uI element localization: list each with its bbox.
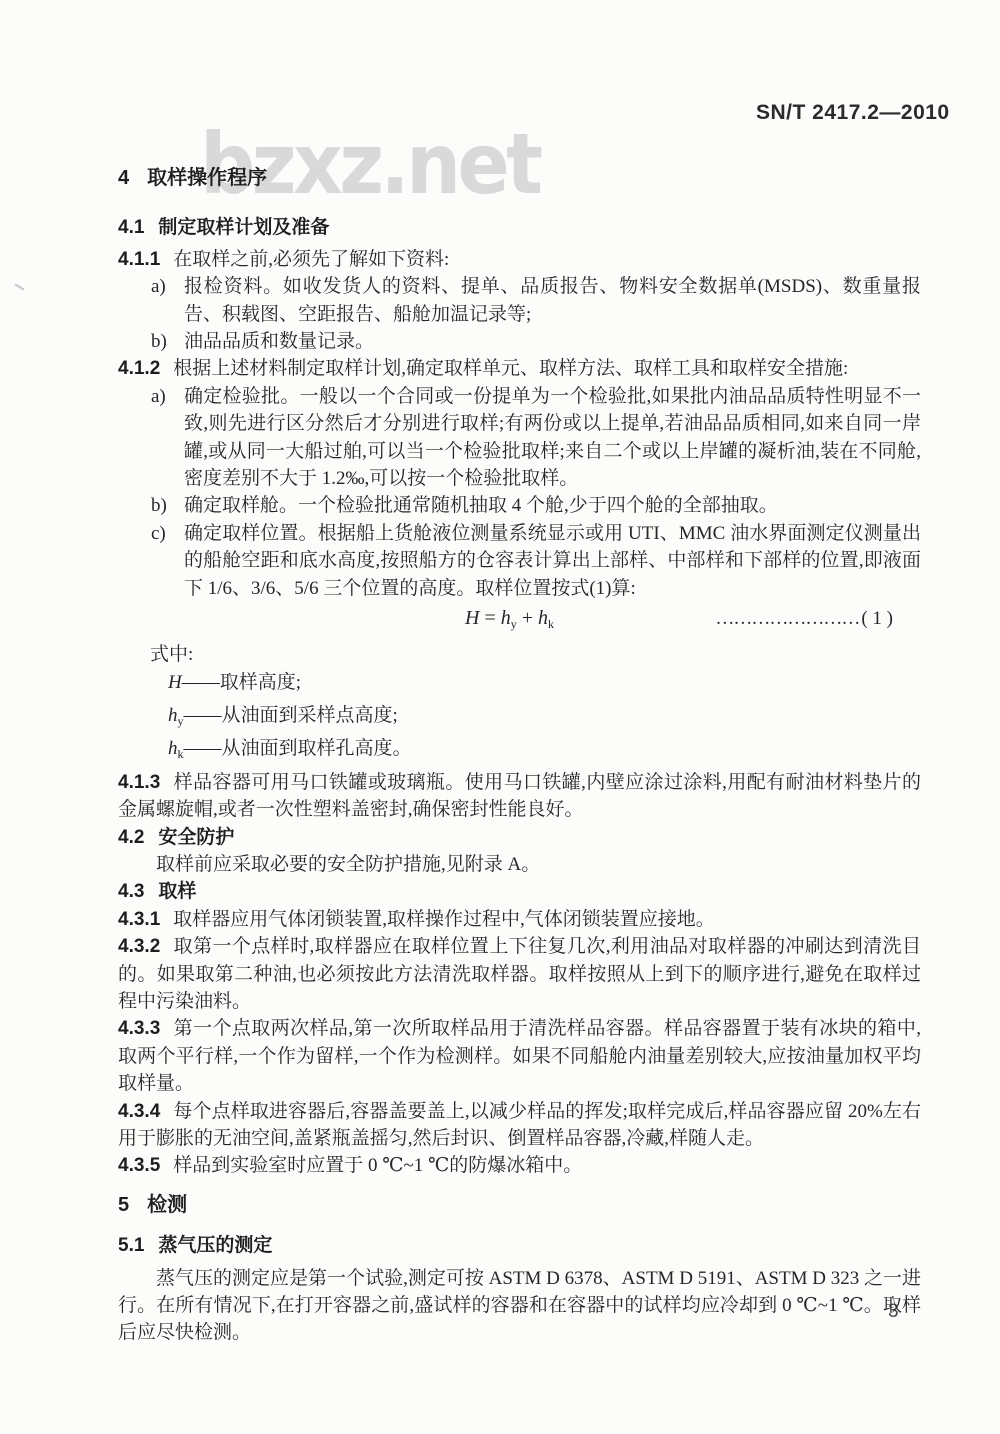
clause-number: 4.1.1 bbox=[118, 249, 160, 270]
formula-term: h bbox=[538, 607, 548, 629]
paragraph-4-2: 取样前应采取必要的安全防护措施,见附录 A。 bbox=[118, 851, 921, 878]
list-text: 油品品质和数量记录。 bbox=[184, 331, 374, 352]
list-marker: b) bbox=[151, 492, 167, 519]
equals-sign: = bbox=[484, 607, 495, 629]
formula: H = hy + hk ……………………( 1 ) bbox=[118, 605, 921, 632]
section-number: 4.2 bbox=[118, 827, 144, 848]
clause-4-3-1: 4.3.1取样器应用气体闭锁装置,取样操作过程中,气体闭锁装置应接地。 bbox=[118, 906, 921, 933]
symbol: H bbox=[168, 672, 182, 693]
symbol-definition-hy: hy——从油面到采样点高度; bbox=[118, 702, 921, 735]
clause-number: 4.3.4 bbox=[118, 1101, 160, 1122]
section-title: 蒸气压的测定 bbox=[158, 1235, 272, 1256]
formula-leader: ……………………( 1 ) bbox=[715, 605, 893, 632]
section-5-heading: 5检测 bbox=[118, 1192, 921, 1219]
section-5-1-heading: 5.1蒸气压的测定 bbox=[118, 1232, 921, 1259]
clause-4-3-5: 4.3.5样品到实验室时应置于 0 ℃~1 ℃的防爆冰箱中。 bbox=[118, 1152, 921, 1179]
clause-number: 4.1.3 bbox=[118, 772, 160, 793]
document-body: 4取样操作程序 4.1制定取样计划及准备 4.1.1在取样之前,必须先了解如下资… bbox=[118, 163, 921, 1347]
symbol-letter: H bbox=[168, 672, 182, 693]
list-text: 确定取样位置。根据船上货舱液位测量系统显示或用 UTI、MMC 油水界面测定仪测… bbox=[184, 523, 921, 599]
list-item-4-1-2-a: a)确定检验批。一般以一个合同或一份提单为一个检验批,如果批内油品品质特性明显不… bbox=[118, 383, 921, 493]
symbol-description: ——取样高度; bbox=[182, 672, 301, 693]
section-title: 安全防护 bbox=[158, 827, 234, 848]
list-item-4-1-1-b: b)油品品质和数量记录。 bbox=[118, 328, 921, 355]
clause-text: 在取样之前,必须先了解如下资料: bbox=[173, 249, 449, 270]
section-number: 5.1 bbox=[118, 1235, 144, 1256]
doc-number: SN/T 2417.2—2010 bbox=[756, 101, 950, 125]
section-title: 制定取样计划及准备 bbox=[158, 217, 329, 238]
scan-speck bbox=[14, 283, 24, 291]
symbol-description: ——从油面到采样点高度; bbox=[184, 705, 398, 726]
section-title: 取样操作程序 bbox=[147, 167, 267, 189]
section-number: 5 bbox=[118, 1194, 129, 1216]
clause-text: 每个点样取进容器后,容器盖要盖上,以减少样品的挥发;取样完成后,样品容器应留 2… bbox=[118, 1101, 921, 1149]
symbol-definition-hk: hk——从油面到取样孔高度。 bbox=[118, 735, 921, 768]
clause-text: 根据上述材料制定取样计划,确定取样单元、取样方法、取样工具和取样安全措施: bbox=[173, 358, 848, 379]
section-4-heading: 4取样操作程序 bbox=[118, 165, 921, 192]
clause-number: 4.3.5 bbox=[118, 1155, 160, 1176]
list-marker: a) bbox=[151, 273, 166, 300]
clause-4-1-3: 4.1.3样品容器可用马口铁罐或玻璃瓶。使用马口铁罐,内壁应涂过涂料,用配有耐油… bbox=[118, 769, 921, 824]
formula-dots: …………………… bbox=[715, 608, 859, 629]
list-marker: a) bbox=[151, 383, 166, 410]
list-item-4-1-2-b: b)确定取样舱。一个检验批通常随机抽取 4 个舱,少于四个舱的全部抽取。 bbox=[118, 492, 921, 519]
list-text: 确定取样舱。一个检验批通常随机抽取 4 个舱,少于四个舱的全部抽取。 bbox=[184, 495, 778, 516]
symbol: hy bbox=[168, 705, 184, 726]
paragraph-5-1: 蒸气压的测定应是第一个试验,测定可按 ASTM D 6378、ASTM D 51… bbox=[118, 1265, 921, 1347]
symbol-letter: h bbox=[168, 705, 178, 726]
list-item-4-1-2-c: c)确定取样位置。根据船上货舱液位测量系统显示或用 UTI、MMC 油水界面测定… bbox=[118, 520, 921, 602]
clause-text: 样品容器可用马口铁罐或玻璃瓶。使用马口铁罐,内壁应涂过涂料,用配有耐油材料垫片的… bbox=[118, 772, 921, 820]
section-title: 检测 bbox=[147, 1194, 187, 1216]
where-label: 式中: bbox=[118, 641, 921, 668]
clause-number: 4.3.1 bbox=[118, 909, 160, 930]
clause-4-3-2: 4.3.2取第一个点样时,取样器应在取样位置上下往复几次,利用油品对取样器的冲刷… bbox=[118, 933, 921, 1015]
clause-number: 4.3.3 bbox=[118, 1018, 160, 1039]
plus-sign: + bbox=[522, 607, 533, 629]
symbol-definition-H: H——取样高度; bbox=[118, 669, 921, 702]
list-text: 确定检验批。一般以一个合同或一份提单为一个检验批,如果批内油品品质特性明显不一致… bbox=[184, 386, 921, 489]
symbol-description: ——从油面到取样孔高度。 bbox=[184, 738, 412, 759]
section-number: 4 bbox=[118, 167, 129, 189]
clause-text: 样品到实验室时应置于 0 ℃~1 ℃的防爆冰箱中。 bbox=[173, 1155, 582, 1176]
clause-4-1-1: 4.1.1在取样之前,必须先了解如下资料: bbox=[118, 246, 921, 273]
formula-subscript: y bbox=[511, 617, 517, 631]
formula-expression: H = hy + hk bbox=[465, 605, 554, 638]
section-4-1-heading: 4.1制定取样计划及准备 bbox=[118, 214, 921, 241]
clause-text: 第一个点取两次样品,第一次所取样品用于清洗样品容器。样品容器置于装有冰块的箱中,… bbox=[118, 1018, 921, 1094]
list-text: 报检资料。如收发货人的资料、提单、品质报告、物料安全数据单(MSDS)、数重量报… bbox=[184, 276, 921, 324]
list-marker: c) bbox=[151, 520, 166, 547]
clause-4-3-4: 4.3.4每个点样取进容器后,容器盖要盖上,以减少样品的挥发;取样完成后,样品容… bbox=[118, 1098, 921, 1153]
formula-label: ( 1 ) bbox=[861, 608, 893, 629]
section-number: 4.3 bbox=[118, 881, 144, 902]
formula-subscript: k bbox=[548, 617, 554, 631]
symbol: hk bbox=[168, 738, 184, 759]
section-number: 4.1 bbox=[118, 217, 144, 238]
list-item-4-1-1-a: a)报检资料。如收发货人的资料、提单、品质报告、物料安全数据单(MSDS)、数重… bbox=[118, 273, 921, 328]
section-4-2-heading: 4.2安全防护 bbox=[118, 824, 921, 851]
formula-term: h bbox=[501, 607, 511, 629]
clause-text: 取样器应用气体闭锁装置,取样操作过程中,气体闭锁装置应接地。 bbox=[173, 909, 715, 930]
clause-number: 4.3.2 bbox=[118, 936, 160, 957]
document-page: bzxz.net SN/T 2417.2—2010 4取样操作程序 4.1制定取… bbox=[0, 0, 1000, 1434]
list-marker: b) bbox=[151, 328, 167, 355]
section-4-3-heading: 4.3取样 bbox=[118, 878, 921, 905]
clause-text: 取第一个点样时,取样器应在取样位置上下往复几次,利用油品对取样器的冲刷达到清洗目… bbox=[118, 936, 921, 1012]
section-title: 取样 bbox=[158, 881, 196, 902]
symbol-letter: h bbox=[168, 738, 178, 759]
clause-4-1-2: 4.1.2根据上述材料制定取样计划,确定取样单元、取样方法、取样工具和取样安全措… bbox=[118, 355, 921, 382]
clause-number: 4.1.2 bbox=[118, 358, 160, 379]
formula-var: H bbox=[465, 607, 479, 629]
clause-4-3-3: 4.3.3第一个点取两次样品,第一次所取样品用于清洗样品容器。样品容器置于装有冰… bbox=[118, 1015, 921, 1097]
